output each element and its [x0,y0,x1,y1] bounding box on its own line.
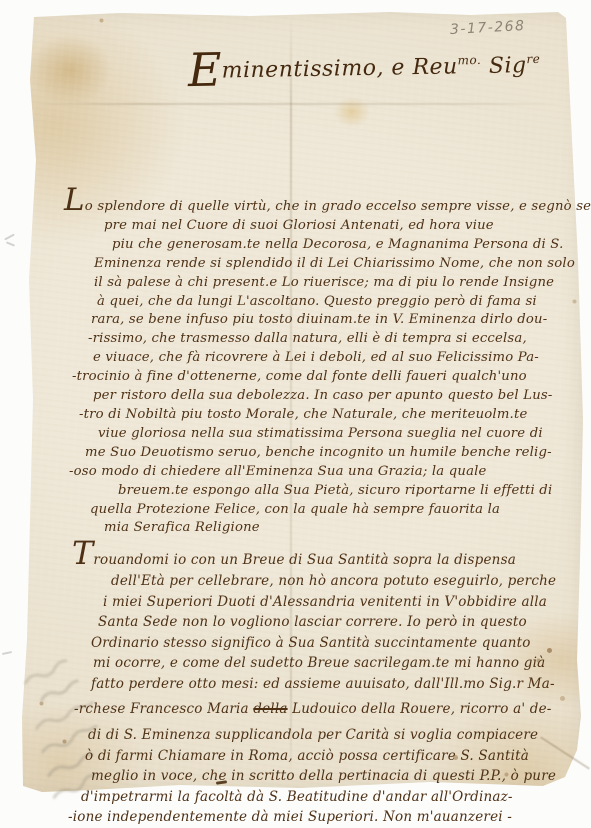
line-text: Ludouico della Rouere, ricorro a' de- [288,701,552,717]
manuscript-line: -trocinio à fine d'ottenerne, come dal f… [72,368,572,387]
manuscript-line: viue gloriosa nella sua stimatissima Per… [98,425,572,444]
manuscript-line: -oso modo di chiedere all'Eminenza Sua u… [69,463,572,482]
line-text: -rchese Francesco Maria [74,701,253,717]
manuscript-line: mia Serafica Religione [104,519,572,538]
struck-out-word: della [253,701,287,717]
manuscript-line: Lo splendore di quelle virtù, che in gra… [64,190,572,217]
manuscript-line: e viuace, che fà ricovrere à Lei i debol… [93,349,572,368]
paragraph-2-struck-line-wrap: -rchese Francesco Maria della Ludouico d… [64,699,572,720]
manuscript-line: pre mai nel Cuore di suoi Gloriosi Anten… [104,217,572,236]
heading-text: minentissimo, e Reu [221,54,458,83]
manuscript-line: ò di farmi Chiamare in Roma, acciò possa… [85,746,572,767]
paragraph-1: Lo splendore di quelle virtù, che in gra… [64,190,572,538]
manuscript-line: i miei Superiori Duoti d'Alessandria ven… [103,592,572,613]
manuscript-line: Trouandomi io con un Breue di Sua Santit… [72,543,572,571]
manuscript-line: fatto perdere otto mesi: ed assieme auui… [91,674,572,695]
manuscript-line: breuem.te espongo alla Sua Pietà, sicuro… [118,482,572,501]
heading-superscript: mo. [457,53,481,67]
manuscript-line: Eminenza rende si splendido il di Lei Ch… [94,255,572,274]
manuscript-line: Ordinario stesso significo à Sua Santità… [91,633,572,654]
manuscript-line: per ristoro della sua debolezza. In caso… [93,387,572,406]
manuscript-line: quella Protezione Felice, con la quale h… [90,501,572,520]
manuscript-line: mi ocorre, e come del sudetto Breue sacr… [93,653,572,674]
paragraph-2-part-b: di di S. Eminenza supplicandola per Cari… [64,725,572,800]
manuscript-line: Santa Sede non lo vogliono lasciar corre… [98,612,572,633]
manuscript-line: à quei, che da lungi L'ascoltano. Questo… [97,293,572,312]
manuscript-line-with-strikethrough: -rchese Francesco Maria della Ludouico d… [74,699,572,720]
manuscript-line: meglio in voce, che in scritto della per… [91,766,572,787]
margin-pencil-mark [2,651,12,655]
margin-pencil-mark [4,234,15,241]
margin-pencil-mark [6,241,15,246]
letter-body: Lo splendore di quelle virtù, che in gra… [64,190,572,800]
manuscript-line: di di S. Eminenza supplicandola per Cari… [88,725,572,746]
manuscript-line: -rissimo, che trasmesso dalla natura, el… [88,330,572,349]
foxing-specks [0,0,3,3]
heading-text: Sig [481,53,527,79]
manuscript-line: dell'Età per cellebrare, non hò ancora p… [111,571,572,592]
scanned-letter-page: 3-17-268 Eminentissimo, e Reumo. Sigre L… [0,0,591,800]
manuscript-line: me Suo Deuotismo seruo, benche incognito… [85,444,572,463]
manuscript-line: rara, se bene infuso piu tosto diuinam.t… [91,311,572,330]
manuscript-line: piu che generosam.te nella Decorosa, e M… [112,236,572,255]
manuscript-line: d'impetrarmi la facoltà dà S. Beatitudin… [81,787,572,800]
heading-superscript: re [526,52,540,66]
manuscript-line: il sà palese à chi present.e Lo riuerisc… [94,274,572,293]
manuscript-line: -tro di Nobiltà piu tosto Morale, che Na… [79,406,572,425]
paragraph-2-part-a: Trouandomi io con un Breue di Sua Santit… [64,543,572,694]
heading-initial-flourish: E [188,42,223,97]
